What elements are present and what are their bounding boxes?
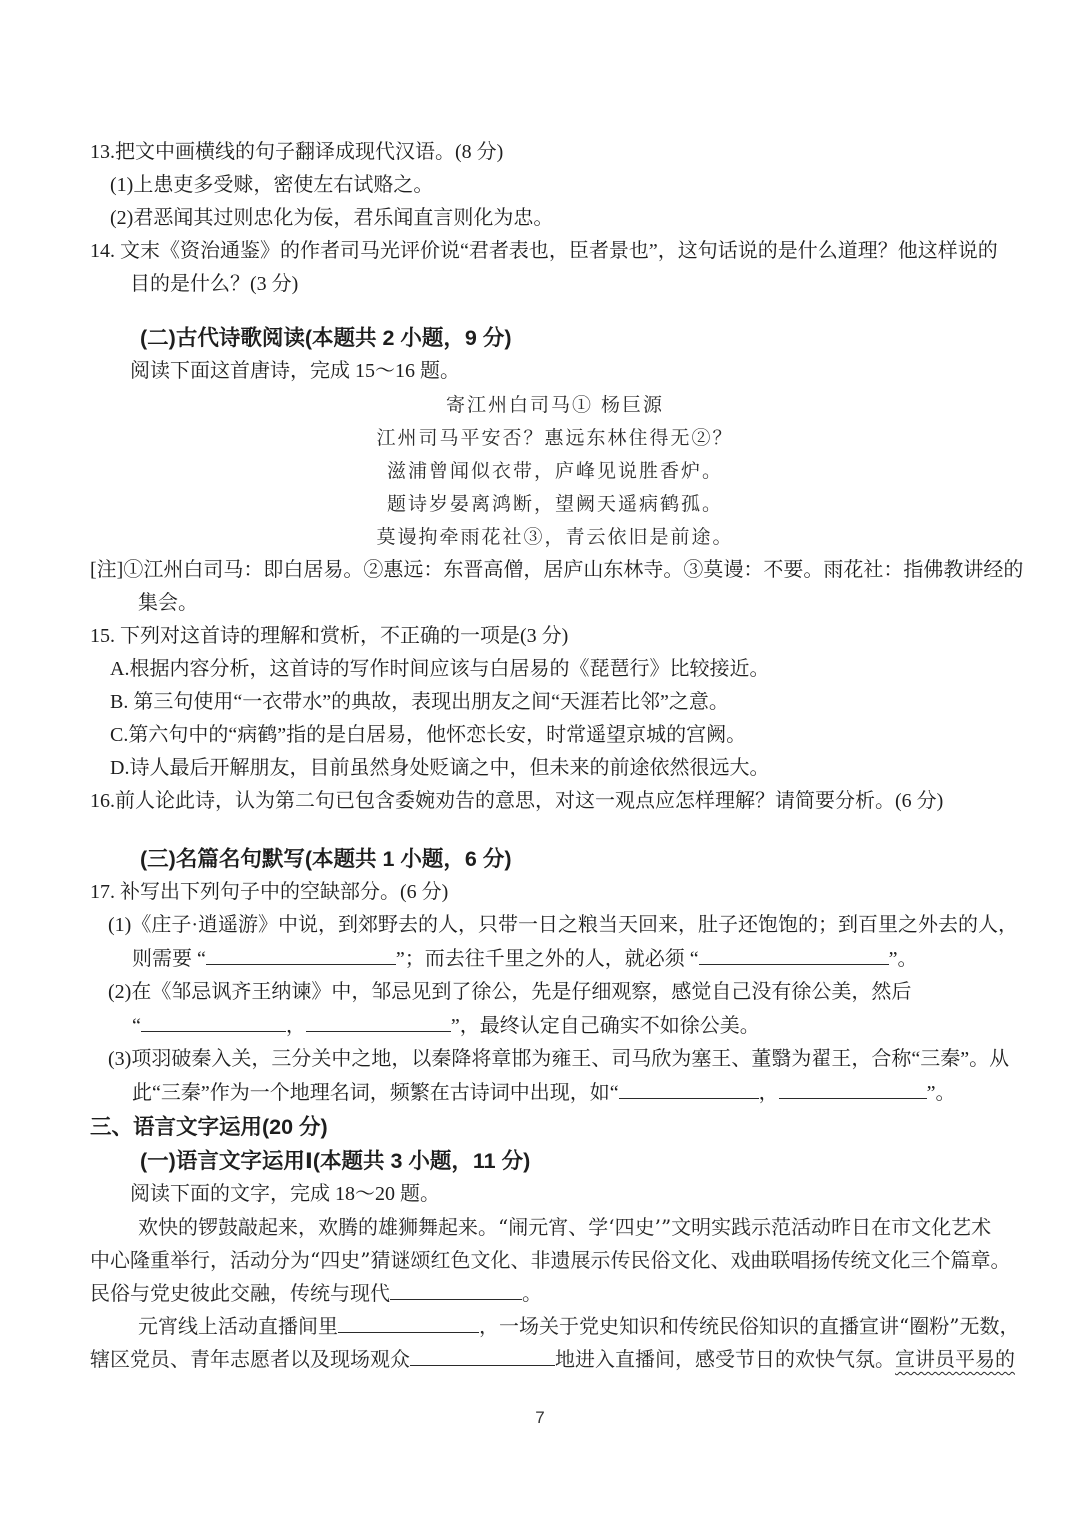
q17-3-text-pre: 此“三秦”作为一个地理名词，频繁在古诗词中出现，如“ [132, 1082, 619, 1104]
question-17-item-2-line-2: “，”，最终认定自己确实不如徐公美。 [132, 1009, 1020, 1043]
q17-2-text-mid: ， [286, 1015, 306, 1037]
question-15-option-b: B. 第三句使用“一衣带水”的典故，表现出朋友之间“天涯若比邻”之意。 [110, 686, 1020, 719]
poem-line-2: 滋浦曾闻似衣带，庐峰见说胜香炉。 [90, 455, 1020, 488]
passage-paragraph-1-line-1: 欢快的锣鼓敲起来，欢腾的雄狮舞起来。“闹元宵、学‘四史’”文明实践示范活动昨日在… [138, 1211, 1020, 1244]
answer-blank [141, 1009, 286, 1032]
poem-note-line-2: 集会。 [138, 587, 1020, 620]
section-3-heading: (三)名篇名句默写(本题共 1 小题，6 分) [140, 842, 1020, 876]
poem-note-line-1: [注]①江州白司马：即白居易。②惠远：东晋高僧，居庐山东林寺。③莫谩：不要。雨花… [90, 554, 1020, 587]
poem-line-3: 题诗岁晏离鸿断，望阙天遥病鹤孤。 [90, 488, 1020, 521]
section-2-intro: 阅读下面这首唐诗，完成 15～16 题。 [130, 355, 1020, 388]
answer-blank [779, 1076, 927, 1099]
question-14-line-1: 14. 文末《资治通鉴》的作者司马光评价说“君者表也，臣者景也”，这句话说的是什… [90, 235, 1020, 268]
passage-paragraph-2-line-1: 元宵线上活动直播间里，一场关于党史知识和传统民俗知识的直播宣讲“圈粉”无数， [138, 1310, 1020, 1343]
question-17-title: 17. 补写出下列句子中的空缺部分。(6 分) [90, 876, 1020, 909]
q17-1-text-pre: 则需要 “ [132, 948, 206, 970]
question-15-option-d: D.诗人最后开解朋友，目前虽然身处贬谪之中，但未来的前途依然很远大。 [110, 752, 1020, 785]
question-17-item-3-line-1: (3)项羽破秦入关，三分关中之地，以秦降将章邯为雍王、司马欣为塞王、董翳为翟王，… [108, 1043, 1020, 1076]
question-13-item-2: (2)君恶闻其过则忠化为佞，君乐闻直言则化为忠。 [110, 202, 1020, 235]
p2-l2-text-pre: 辖区党员、青年志愿者以及现场观众 [90, 1347, 410, 1371]
p1-l3-text: 民俗与党史彼此交融，传统与现代 [90, 1281, 390, 1305]
answer-blank [338, 1310, 479, 1333]
question-13-item-1: (1)上患吏多受赇，密使左右试赂之。 [110, 169, 1020, 202]
passage-paragraph-2-line-2: 辖区党员、青年志愿者以及现场观众地进入直播间，感受节日的欢快气氛。宣讲员平易的 [90, 1343, 1020, 1376]
q17-2-text-pre: “ [132, 1015, 141, 1037]
p2-l1-text-post: ，一场关于党史知识和传统民俗知识的直播宣讲“圈粉”无数， [479, 1314, 1019, 1338]
p1-l3-period: 。 [522, 1281, 542, 1305]
question-16: 16.前人论此诗，认为第二句已包含委婉劝告的意思，对这一观点应怎样理解？请简要分… [90, 785, 1020, 818]
question-17-item-2-line-1: (2)在《邹忌讽齐王纳谏》中，邹忌见到了徐公，先是仔细观察，感觉自己没有徐公美，… [108, 976, 1020, 1009]
poem-line-4: 莫谩拘牵雨花社③，青云依旧是前途。 [90, 521, 1020, 554]
passage-paragraph-1-line-2: 中心隆重举行，活动分为“四史”猜谜颂红色文化、非遗展示传民俗文化、戏曲联唱扬传统… [90, 1244, 1020, 1277]
section-4-intro: 阅读下面的文字，完成 18～20 题。 [130, 1178, 1020, 1211]
section-4-sub-heading: (一)语言文字运用Ⅰ(本题共 3 小题，11 分) [140, 1144, 1020, 1178]
p2-l2-text-wavy-underlined: 宣讲员平易的 [895, 1347, 1015, 1371]
question-15-option-c: C.第六句中的“病鹤”指的是白居易，他怀恋长安，时常遥望京城的宫阙。 [110, 719, 1020, 752]
p2-l1-text-pre: 元宵线上活动直播间里 [138, 1314, 338, 1338]
q17-2-text-end: ”，最终认定自己确实不如徐公美。 [451, 1015, 760, 1037]
answer-blank [390, 1277, 522, 1300]
question-17-item-1-line-1: (1)《庄子·逍遥游》中说，到郊野去的人，只带一日之粮当天回来，肚子还饱饱的；到… [108, 909, 1020, 942]
answer-blank [410, 1343, 555, 1366]
question-15-title: 15. 下列对这首诗的理解和赏析，不正确的一项是(3 分) [90, 620, 1020, 653]
section-4-heading: 三、语言文字运用(20 分) [90, 1110, 1020, 1144]
poem-title: 寄江州白司马① 杨巨源 [90, 388, 1020, 422]
exam-paper-page: 13.把文中画横线的句子翻译成现代汉语。(8 分) (1)上患吏多受赇，密使左右… [0, 0, 1080, 1527]
answer-blank [306, 1009, 451, 1032]
question-17-item-1-line-2: 则需要 “”；而去往千里之外的人，就必须 “”。 [132, 942, 1020, 976]
answer-blank [619, 1076, 759, 1099]
question-13-title: 13.把文中画横线的句子翻译成现代汉语。(8 分) [90, 136, 1020, 169]
section-2-heading: (二)古代诗歌阅读(本题共 2 小题，9 分) [140, 321, 1020, 355]
question-17-item-3-line-2: 此“三秦”作为一个地理名词，频繁在古诗词中出现，如“，”。 [132, 1076, 1020, 1110]
q17-1-text-mid: ”；而去往千里之外的人，就必须 “ [396, 948, 699, 970]
question-15-option-a: A.根据内容分析，这首诗的写作时间应该与白居易的《琵琶行》比较接近。 [110, 653, 1020, 686]
passage-paragraph-1-line-3: 民俗与党史彼此交融，传统与现代。 [90, 1277, 1020, 1310]
question-14-line-2: 目的是什么？(3 分) [130, 268, 1020, 301]
q17-1-text-end: ”。 [889, 948, 918, 970]
p2-l2-text-mid: 地进入直播间，感受节日的欢快气氛。 [555, 1347, 895, 1371]
page-number: 7 [0, 1408, 1080, 1428]
q17-3-text-mid: ， [759, 1082, 779, 1104]
answer-blank [206, 942, 396, 965]
q17-3-text-end: ”。 [927, 1082, 956, 1104]
poem-line-1: 江州司马平安否？惠远东林住得无②？ [90, 422, 1020, 455]
answer-blank [699, 942, 889, 965]
